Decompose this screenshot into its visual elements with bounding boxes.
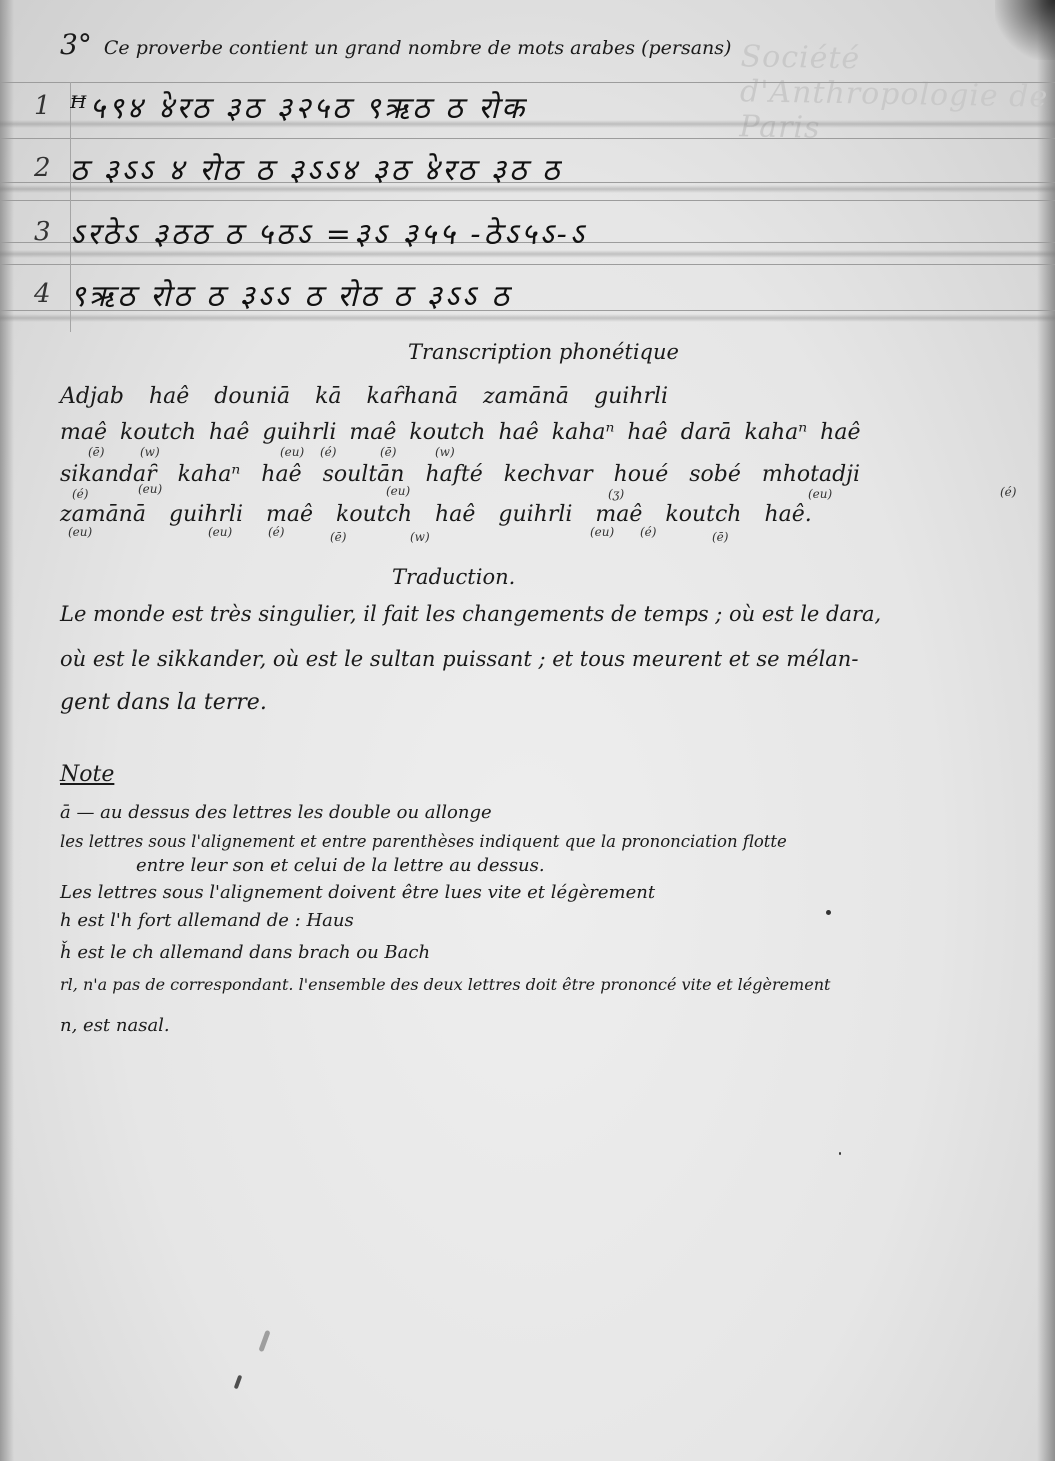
translation-line: Le monde est très singulier, il fait les… bbox=[60, 602, 881, 626]
transcription-line: zamānā guihrli maê koutch haê guihrli ma… bbox=[60, 502, 812, 527]
ink-speck bbox=[839, 1152, 841, 1155]
note-line: rl, n'a pas de correspondant. l'ensemble… bbox=[60, 975, 830, 994]
note-line: n, est nasal. bbox=[60, 1015, 170, 1036]
phonetic-annotation: (ʒ) bbox=[608, 487, 624, 501]
script-line: 1 ꟸ५९४ ४ेरठ ३ठ ३२५ठ ९ऋठ ठ रोक bbox=[34, 86, 1034, 126]
paper-stain bbox=[258, 1330, 270, 1352]
phonetic-annotation: (é) bbox=[1000, 485, 1016, 499]
phonetic-annotation: (eu) bbox=[68, 525, 92, 539]
transcription-line: Adjab haê douniā kā kaȓhanā zamānā guihr… bbox=[60, 384, 668, 409]
ruled-line bbox=[0, 264, 1055, 265]
phonetic-annotation: (ē) bbox=[712, 530, 728, 544]
phonetic-annotation: (ē) bbox=[88, 445, 104, 459]
phonetic-annotation: (é) bbox=[72, 487, 88, 501]
note-line: les lettres sous l'alignement et entre p… bbox=[60, 832, 787, 851]
script-line: 2 ठ ३ऽऽ ४ रोठ ठ ३ऽऽ४ ३ठ ४ेरठ ३ठ ठ bbox=[34, 148, 1034, 188]
phonetic-annotation: (w) bbox=[140, 445, 160, 459]
note-title: Note bbox=[60, 762, 114, 787]
script-line-text: ठ ३ऽऽ ४ रोठ ठ ३ऽऽ४ ३ठ ४ेरठ ३ठ ठ bbox=[70, 148, 562, 189]
transcription-line: maê koutch haê guihrli maê koutch haê ka… bbox=[60, 420, 860, 445]
paper-stain bbox=[234, 1375, 243, 1390]
script-line-number: 3 bbox=[34, 217, 70, 247]
note-line: ȟ est le ch allemand dans brach ou Bach bbox=[60, 942, 430, 963]
script-line-text: ९ऋठ रोठ ठ ३ऽऽ ठ रोठ ठ ३ऽऽ ठ bbox=[70, 274, 512, 315]
transcription-line: sikandaȓ kahaⁿ haê soultān hafté kechvar… bbox=[60, 462, 860, 487]
phonetic-annotation: (eu) bbox=[280, 445, 304, 459]
translation-title: Traduction. bbox=[392, 565, 515, 589]
phonetic-annotation: (eu) bbox=[808, 487, 832, 501]
phonetic-annotation: (é) bbox=[320, 445, 336, 459]
phonetic-annotation: (eu) bbox=[138, 482, 162, 496]
script-line: 3 ऽरठेऽ ३ठठ ठ ५ठऽ =३ऽ ३५५ -ठेऽ५ऽ-ऽ bbox=[34, 212, 1034, 252]
section-number: 3° bbox=[60, 28, 92, 61]
manuscript-page: Société d'Anthropologie de Paris 3° Ce p… bbox=[0, 0, 1055, 1461]
phonetic-annotation: (w) bbox=[410, 530, 430, 544]
phonetic-annotation: (é) bbox=[640, 525, 656, 539]
phonetic-annotation: (eu) bbox=[386, 484, 410, 498]
ink-speck bbox=[826, 910, 831, 915]
script-line-text: ऽरठेऽ ३ठठ ठ ५ठऽ =३ऽ ३५५ -ठेऽ५ऽ-ऽ bbox=[70, 212, 587, 253]
ruled-line bbox=[0, 200, 1055, 201]
phonetic-annotation: (eu) bbox=[590, 525, 614, 539]
script-line-text: ꟸ५९४ ४ेरठ ३ठ ३२५ठ ९ऋठ ठ रोक bbox=[70, 86, 527, 127]
translation-line: gent dans la terre. bbox=[60, 690, 267, 715]
script-line-number: 1 bbox=[34, 91, 70, 121]
script-line-number: 2 bbox=[34, 153, 70, 183]
script-line: 4 ९ऋठ रोठ ठ ३ऽऽ ठ रोठ ठ ३ऽऽ ठ bbox=[34, 274, 1034, 314]
script-ruled-block: 1 ꟸ५९४ ४ेरठ ३ठ ३२५ठ ९ऋठ ठ रोक 2 ठ ३ऽऽ ४ … bbox=[0, 82, 1055, 332]
transcription-title: Transcription phonétique bbox=[408, 340, 679, 364]
phonetic-annotation: (é) bbox=[268, 525, 284, 539]
ruled-smudge bbox=[0, 314, 1055, 322]
ruled-line bbox=[0, 138, 1055, 139]
note-line: h est l'h fort allemand de : Haus bbox=[60, 910, 354, 931]
note-line: ā — au dessus des lettres les double ou … bbox=[60, 802, 492, 823]
translation-line: où est le sikkander, où est le sultan pu… bbox=[60, 647, 858, 671]
phonetic-annotation: (w) bbox=[435, 445, 455, 459]
phonetic-annotation: (ē) bbox=[330, 530, 346, 544]
script-line-number: 4 bbox=[34, 279, 70, 309]
ruled-line bbox=[0, 82, 1055, 83]
phonetic-annotation: (ē) bbox=[380, 445, 396, 459]
section-heading: 3° Ce proverbe contient un grand nombre … bbox=[60, 28, 731, 61]
section-heading-text: Ce proverbe contient un grand nombre de … bbox=[104, 37, 732, 59]
note-line: entre leur son et celui de la lettre au … bbox=[136, 855, 545, 876]
note-line: Les lettres sous l'alignement doivent êt… bbox=[60, 882, 655, 903]
phonetic-annotation: (eu) bbox=[208, 525, 232, 539]
